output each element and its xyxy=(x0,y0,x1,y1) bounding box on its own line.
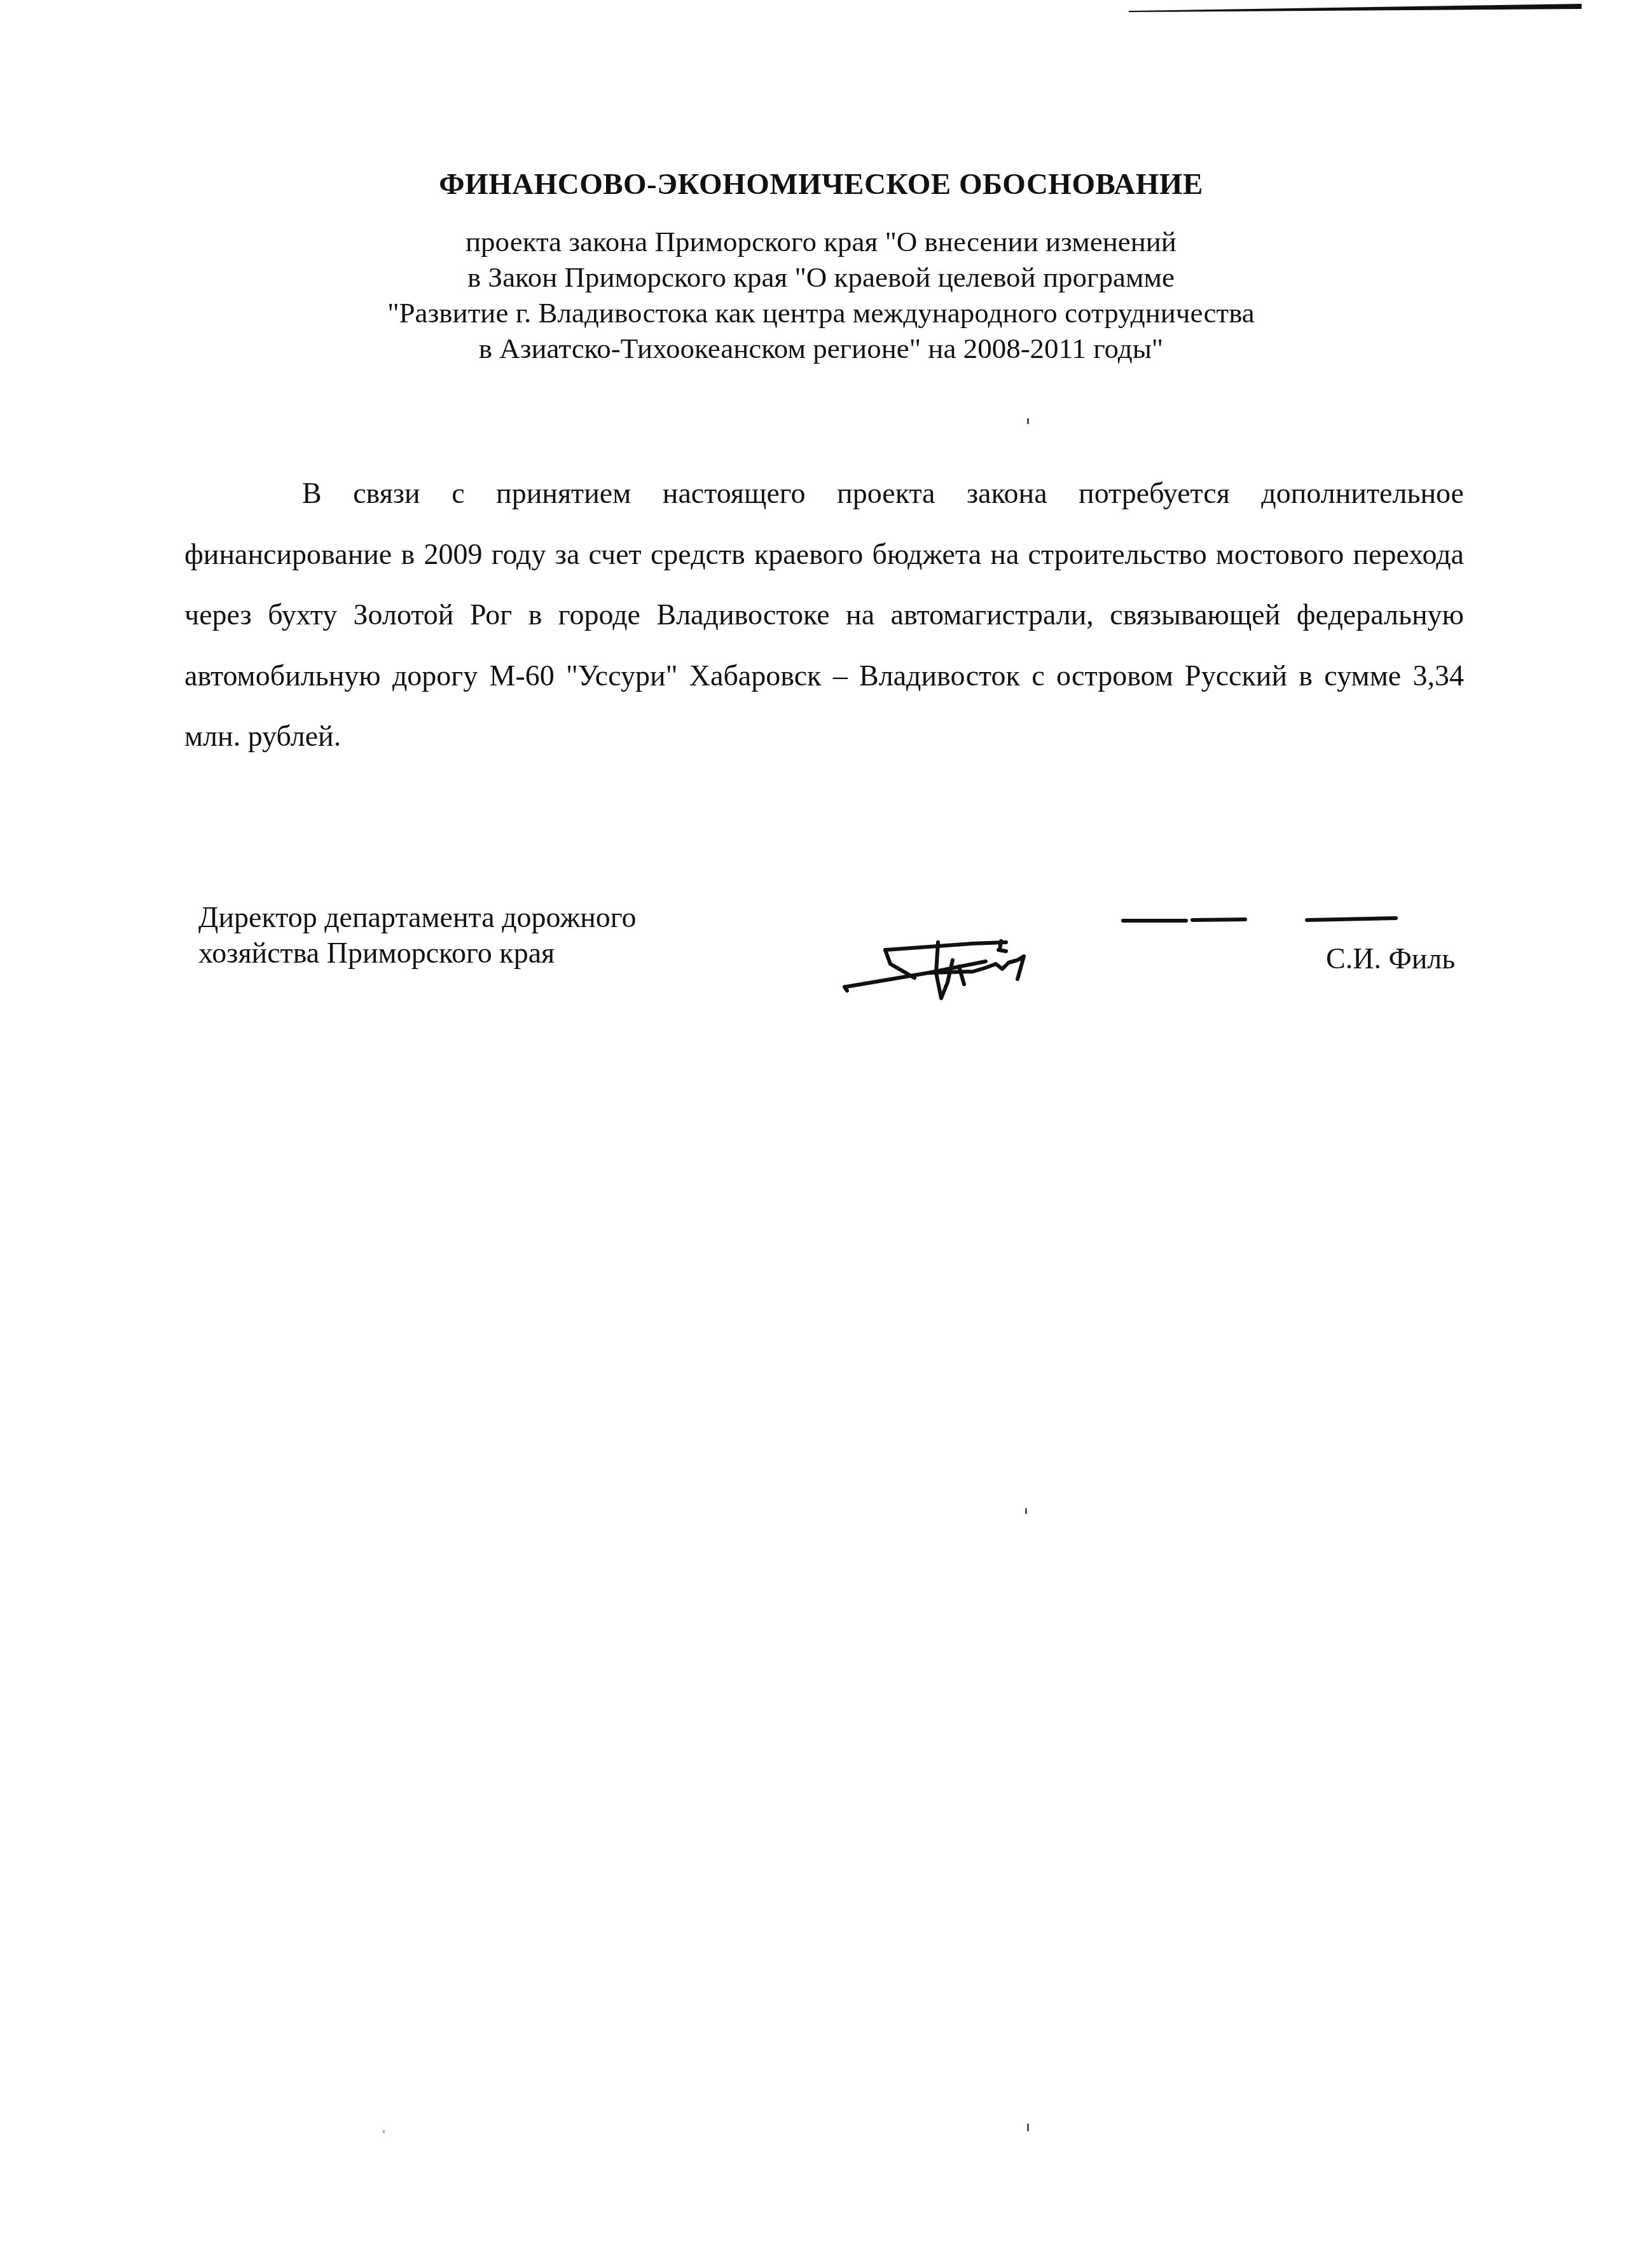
subtitle-line: проекта закона Приморского края "О внесе… xyxy=(0,224,1642,259)
scan-speck xyxy=(1027,418,1029,424)
scan-edge-line xyxy=(1129,3,1582,13)
document-title: ФИНАНСОВО-ЭКОНОМИЧЕСКОЕ ОБОСНОВАНИЕ xyxy=(0,167,1642,202)
scan-speck xyxy=(1027,2124,1029,2131)
position-line: хозяйства Приморского края xyxy=(198,935,637,971)
signatory-position: Директор департамента дорожного хозяйств… xyxy=(198,900,637,971)
signatory-name: С.И. Филь xyxy=(1326,941,1455,977)
body-paragraph: В связи с принятием настоящего проекта з… xyxy=(184,463,1464,767)
subtitle-line: в Закон Приморского края "О краевой целе… xyxy=(0,259,1642,295)
document-subtitle: проекта закона Приморского края "О внесе… xyxy=(0,224,1642,366)
scan-speck xyxy=(1025,1508,1027,1514)
subtitle-line: "Развитие г. Владивостока как центра меж… xyxy=(0,295,1642,331)
position-line: Директор департамента дорожного xyxy=(198,900,637,935)
scan-speck xyxy=(383,2130,385,2133)
subtitle-line: в Азиатско-Тихоокеанском регионе" на 200… xyxy=(0,331,1642,366)
